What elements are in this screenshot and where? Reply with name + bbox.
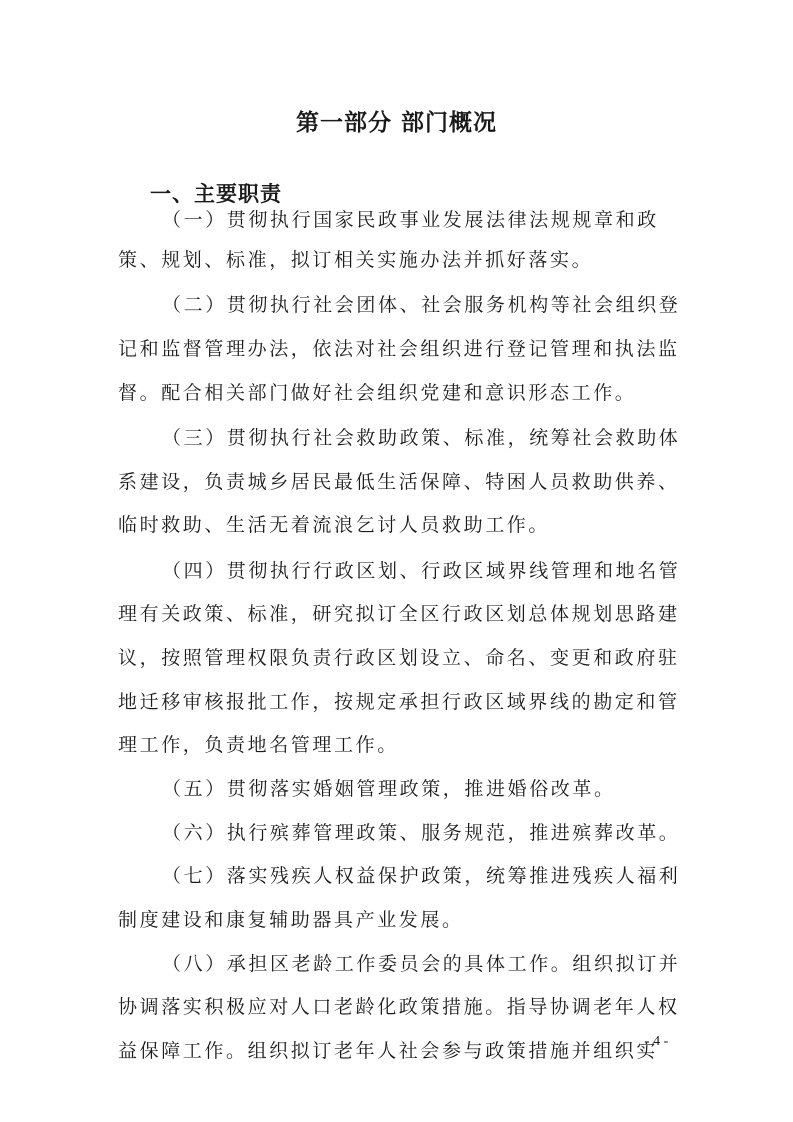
text-line: 益保障工作。组织拟订老年人社会参与政策措施并组织实 <box>118 1038 678 1064</box>
text-line: （二）贯彻执行社会团体、社会服务机构等社会组织登 <box>162 292 678 318</box>
text-line: （八）承担区老龄工作委员会的具体工作。组织拟订并 <box>162 951 678 977</box>
text-line: 理工作，负责地名管理工作。 <box>118 732 678 758</box>
section-heading: 一、主要职责 <box>150 178 282 208</box>
text-line: 记和监督管理办法，依法对社会组织进行登记管理和执法监 <box>118 336 678 362</box>
text-line: 地迁移审核报批工作，按规定承担行政区域界线的勘定和管 <box>118 689 678 715</box>
page-number: - 4 - <box>645 1034 668 1050</box>
text-line: 策、规划、标准，拟订相关实施办法并抓好落实。 <box>118 247 678 273</box>
text-line: 议，按照管理权限负责行政区划设立、命名、变更和政府驻 <box>118 645 678 671</box>
text-line: 临时救助、生活无着流浪乞讨人员救助工作。 <box>118 512 678 538</box>
text-line: （五）贯彻落实婚姻管理政策，推进婚俗改革。 <box>162 776 678 802</box>
text-line: 督。配合相关部门做好社会组织党建和意识形态工作。 <box>118 380 678 406</box>
text-line: 协调落实积极应对人口老龄化政策措施。指导协调老年人权 <box>118 994 678 1020</box>
text-line: 制度建设和康复辅助器具产业发展。 <box>118 907 678 933</box>
page-title: 第一部分 部门概况 <box>0 104 793 137</box>
text-line: （七）落实残疾人权益保护政策，统筹推进残疾人福利 <box>162 863 678 889</box>
text-line: （一）贯彻执行国家民政事业发展法律法规规章和政 <box>162 207 678 233</box>
text-line: 理有关政策、标准，研究拟订全区行政区划总体规划思路建 <box>118 601 678 627</box>
text-line: （六）执行殡葬管理政策、服务规范，推进殡葬改革。 <box>162 820 678 846</box>
text-line: 系建设，负责城乡居民最低生活保障、特困人员救助供养、 <box>118 469 678 495</box>
text-line: （四）贯彻执行行政区划、行政区域界线管理和地名管 <box>162 558 678 584</box>
text-line: （三）贯彻执行社会救助政策、标准，统筹社会救助体 <box>162 425 678 451</box>
